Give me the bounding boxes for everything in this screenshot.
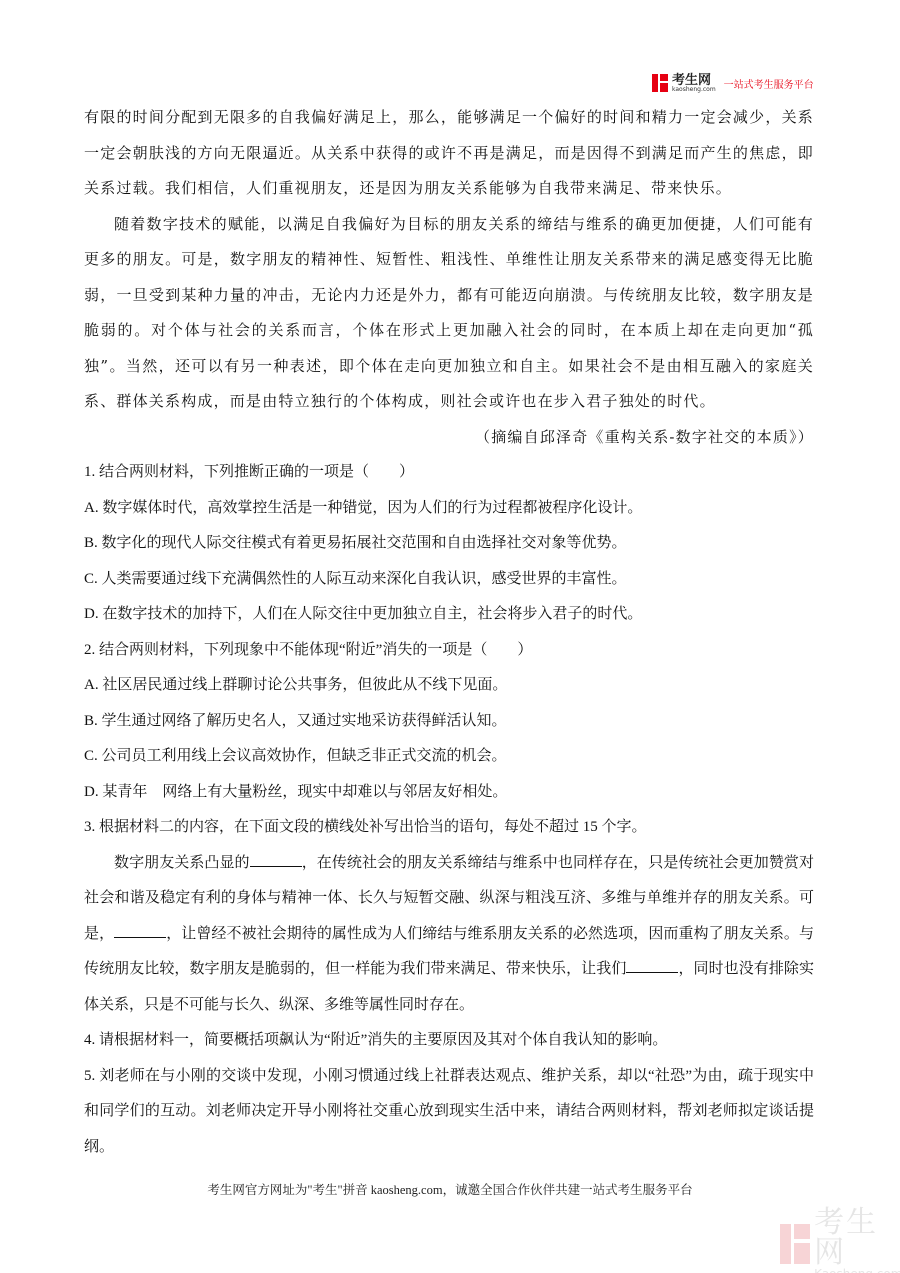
watermark-domain: Kaosheng.com: [814, 1268, 900, 1273]
watermark-name: 考生网: [814, 1208, 900, 1268]
page-footer: 考生网官方网址为"考生"拼音 kaosheng.com，诚邀全国合作伙伴共建一站…: [0, 1180, 900, 1198]
option-d: D. 某青年 网络上有大量粉丝，现实中却难以与邻居友好相处。: [84, 775, 814, 811]
logo-text: 考生网 kaosheng.com: [672, 74, 716, 93]
watermark: 考生网 Kaosheng.com: [780, 1208, 900, 1273]
blank-1: [250, 851, 302, 867]
option-a: A. 社区居民通过线上群聊讨论公共事务，但彼此从不线下见面。: [84, 668, 814, 704]
document-body: 有限的时间分配到无限多的自我偏好满足上，那么，能够满足一个偏好的时间和精力一定会…: [84, 100, 814, 1165]
kaosheng-logo-icon: [652, 74, 668, 92]
question-stem: 2. 结合两则材料，下列现象中不能体现“附近”消失的一项是（ ）: [84, 633, 814, 669]
material-paragraph: 有限的时间分配到无限多的自我偏好满足上，那么，能够满足一个偏好的时间和精力一定会…: [84, 100, 814, 207]
option-b: B. 学生通过网络了解历史名人，又通过实地采访获得鲜活认知。: [84, 704, 814, 740]
question-5: 5. 刘老师在与小刚的交谈中发现，小刚习惯通过线上社群表达观点、维护关系，却以“…: [84, 1059, 814, 1166]
option-b: B. 数字化的现代人际交往模式有着更易拓展社交范围和自由选择社交对象等优势。: [84, 526, 814, 562]
material-paragraph: 随着数字技术的赋能，以满足自我偏好为目标的朋友关系的缔结与维系的确更加便捷，人们…: [84, 207, 814, 420]
watermark-text: 考生网 Kaosheng.com: [814, 1208, 900, 1273]
option-d: D. 在数字技术的加持下，人们在人际交往中更加独立自主，社会将步入君子的时代。: [84, 597, 814, 633]
question-2: 2. 结合两则材料，下列现象中不能体现“附近”消失的一项是（ ） A. 社区居民…: [84, 633, 814, 811]
watermark-logo-icon: [780, 1224, 808, 1264]
question-4: 4. 请根据材料一，简要概括项飙认为“附近”消失的主要原因及其对个体自我认知的影…: [84, 1023, 814, 1059]
question-1: 1. 结合两则材料，下列推断正确的一项是（ ） A. 数字媒体时代，高效掌控生活…: [84, 455, 814, 633]
header-logo: 考生网 kaosheng.com 一站式考生服务平台: [652, 72, 814, 94]
question-stem: 4. 请根据材料一，简要概括项飙认为“附近”消失的主要原因及其对个体自我认知的影…: [84, 1023, 814, 1059]
option-c: C. 人类需要通过线下充满偶然性的人际互动来深化自我认识，感受世界的丰富性。: [84, 562, 814, 598]
question-stem: 3. 根据材料二的内容，在下面文段的横线处补写出恰当的语句，每处不超过 15 个…: [84, 810, 814, 846]
material-source: （摘编自邱泽奇《重构关系-数字社交的本质》）: [84, 420, 814, 456]
option-a: A. 数字媒体时代，高效掌控生活是一种错觉，因为人们的行为过程都被程序化设计。: [84, 491, 814, 527]
logo-name: 考生网: [672, 74, 716, 87]
question-stem: 1. 结合两则材料，下列推断正确的一项是（ ）: [84, 455, 814, 491]
fill-blank-passage: 数字朋友关系凸显的，在传统社会的朋友关系缔结与维系中也同样存在，只是传统社会更加…: [84, 846, 814, 1024]
blank-2: [114, 922, 166, 938]
question-stem: 5. 刘老师在与小刚的交谈中发现，小刚习惯通过线上社群表达观点、维护关系，却以“…: [84, 1059, 814, 1166]
question-3: 3. 根据材料二的内容，在下面文段的横线处补写出恰当的语句，每处不超过 15 个…: [84, 810, 814, 1023]
option-c: C. 公司员工利用线上会议高效协作，但缺乏非正式交流的机会。: [84, 739, 814, 775]
blank-3: [626, 957, 678, 973]
logo-domain: kaosheng.com: [672, 87, 716, 93]
passage-text: 数字朋友关系凸显的: [114, 855, 250, 871]
logo-slogan: 一站式考生服务平台: [724, 76, 814, 91]
